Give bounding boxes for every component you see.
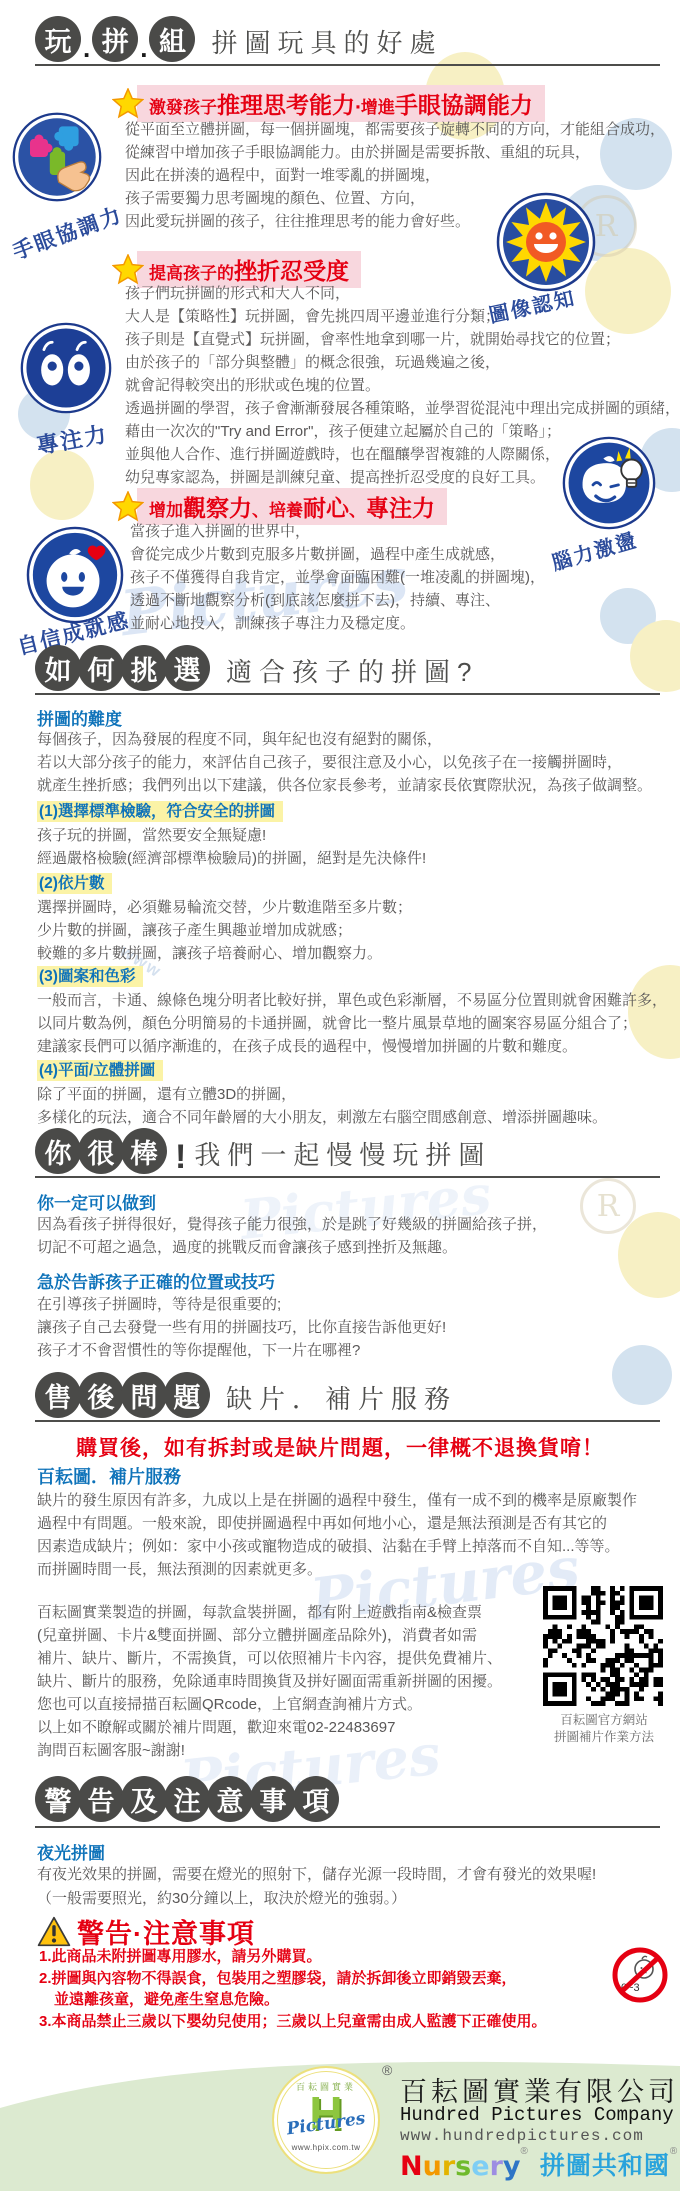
registered-mark: ®: [521, 2146, 528, 2157]
header-circle: 如: [35, 645, 81, 691]
star-icon: [112, 254, 144, 286]
benefit-heading-1: 激發孩子推理思考能力‧增進手眼協調能力: [112, 85, 545, 122]
section-header-warning: 警 告 及 注 意 事 項: [35, 1776, 339, 1822]
header-circle: 問: [121, 1372, 167, 1418]
section-header-benefits: 玩 . 拼 . 組 拼圖玩具的好處: [35, 16, 442, 62]
header-circle: 很: [78, 1128, 124, 1174]
subheading-you-can: 你一定可以做到: [37, 1189, 156, 1214]
header-circle: 警: [35, 1776, 81, 1822]
benefit-paragraph-3: 當孩子進入拼圖的世界中， 會從完成少片數到克服多片數拼圖，過程中產生成就感， 孩…: [130, 520, 675, 635]
header-rule: [35, 1826, 660, 1828]
howto-item3-body: 一般而言，卡通、線條色塊分明者比較好拼，單色或色彩漸層，不易區分位置則就會困難許…: [37, 989, 677, 1058]
header-circle: 後: [78, 1372, 124, 1418]
header-circle: 事: [250, 1776, 296, 1822]
star-icon: [112, 491, 144, 523]
heading-text: 激發孩子: [149, 93, 217, 118]
glow-puzzle-paragraph: 有夜光效果的拼圖，需要在燈光的照射下，儲存光源一段時間，才會有發光的效果喔! （…: [37, 1863, 667, 1911]
header-circle: 何: [78, 645, 124, 691]
header-circle: 組: [149, 16, 195, 62]
subheading-difficulty: 拼圖的難度: [37, 705, 122, 730]
company-name-en: Hundred Pictures Company: [400, 2104, 674, 2126]
howto-item3-title: (3)圖案和色彩: [37, 964, 143, 986]
howto-item2-title: (2)依片數: [37, 871, 112, 893]
heading-text: 增加: [149, 496, 183, 521]
heading-text: 手眼協調能力: [395, 87, 533, 120]
no-return-notice: 購買後，如有拆封或是缺片問題，一律概不退換貨唷！: [0, 1432, 680, 1462]
subheading-replacement-service: 百耘圖．補片服務: [37, 1463, 181, 1489]
registered-mark: ®: [670, 2146, 677, 2157]
hand-eye-coordination-label: 手眼協調力: [8, 199, 126, 267]
header-circle: 意: [207, 1776, 253, 1822]
subheading-glow-puzzle: 夜光拼圖: [37, 1839, 105, 1864]
you-can-paragraph: 因為看孩子拼得很好，覺得孩子能力很強，於是跳了好幾級的拼圖給孩子拼， 切記不可超…: [37, 1213, 657, 1259]
age-0-3-prohibition-icon: 0~3: [610, 1944, 670, 2011]
warning-triangle-icon: [37, 1916, 71, 1947]
subheading-dont-rush: 急於告訴孩子正確的位置或技巧: [37, 1268, 275, 1293]
concentration-icon: [20, 322, 112, 419]
header-rule: [35, 64, 660, 66]
section-title: 拼圖玩具的好處: [211, 23, 442, 62]
header-rule: [35, 693, 660, 695]
replacement-paragraph-2: 百耘圖實業製造的拼圖，每款盒裝拼圖，都有附上遊戲指南&檢查票 (兒童拼圖、卡片&…: [37, 1601, 537, 1762]
heading-text: 、: [349, 496, 366, 521]
warning-items: 1.此商品未附拼圖專用膠水，請另外購買。 2.拼圖與內容物不得誤食，包裝用之塑膠…: [39, 1946, 604, 2032]
header-circle: 拼: [92, 16, 138, 62]
registered-mark: ®: [382, 2062, 392, 2078]
difficulty-paragraph: 每個孩子，因為發展的程度不同，與年紀也沒有絕對的關係， 若以大部分孩子的能力，來…: [37, 728, 667, 797]
section-header-howto: 如 何 挑 選 適合孩子的拼圖?: [35, 645, 478, 691]
header-circle: 告: [78, 1776, 124, 1822]
deco-circle: [30, 450, 94, 520]
qr-section: 百耘圖官方網站 拼圖補片作業方法: [543, 1586, 665, 1746]
heading-text: ‧增進: [355, 93, 395, 118]
header-circle: 項: [293, 1776, 339, 1822]
replacement-paragraph-1: 缺片的發生原因有許多，九成以上是在拼圖的過程中發生，僅有一成不到的機率是原廠製作…: [37, 1489, 669, 1581]
logo-url: www.hpix.com.tw: [274, 2143, 378, 2152]
header-circle: 玩: [35, 16, 81, 62]
star-icon: [112, 88, 144, 120]
header-circle: 及: [121, 1776, 167, 1822]
howto-item4-body: 除了平面的拼圖，還有立體3D的拼圖， 多樣化的玩法，適合不同年齡層的大小朋友，刺…: [37, 1083, 667, 1129]
section-title: 缺片．補片服務: [226, 1379, 457, 1418]
header-rule: [35, 1176, 660, 1178]
header-circle: 題: [164, 1372, 210, 1418]
heading-text: 、培養: [252, 496, 303, 521]
heading-text: 推理思考能力: [217, 87, 355, 120]
section-header-aftersale: 售 後 問 題 缺片．補片服務: [35, 1372, 457, 1418]
section-title: 我們一起慢慢玩拼圖: [194, 1135, 491, 1174]
section-header-great: 你 很 棒 ! 我們一起慢慢玩拼圖: [35, 1128, 491, 1174]
howto-item2-body: 選擇拼圖時，必須難易輪流交替，少片數進階至多片數； 少片數的拼圖，讓孩子產生興趣…: [37, 896, 657, 965]
heading-text: 觀察力: [183, 490, 252, 523]
qr-code: [543, 1586, 663, 1706]
product-description-page: Pictures Pictures Pictures Pictures R R …: [0, 0, 680, 2191]
header-circle: 選: [164, 645, 210, 691]
howto-item1-body: 孩子玩的拼圖，當然要安全無疑慮! 經過嚴格檢驗(經濟部標準檢驗局)的拼圖，絕對是…: [37, 824, 657, 870]
heading-text: 耐心: [303, 490, 349, 523]
exclamation-mark: !: [175, 1140, 186, 1174]
howto-item4-title: (4)平面/立體拼圖: [37, 1058, 163, 1080]
puzzle-republic-logo: 拼圖共和國: [540, 2146, 670, 2182]
header-circle: 售: [35, 1372, 81, 1418]
section-title: 適合孩子的拼圖?: [226, 652, 478, 691]
heading-text: 提高孩子的: [149, 259, 234, 284]
header-dot: .: [140, 35, 147, 61]
company-website: www.hundredpictures.com: [400, 2127, 644, 2145]
header-circle: 你: [35, 1128, 81, 1174]
header-circle: 挑: [121, 645, 167, 691]
hand-eye-coordination-icon: [12, 112, 102, 207]
dont-rush-paragraph: 在引導孩子拼圖時，等待是很重要的; 讓孩子自己去發覺一些有用的拼圖技巧，比你直接…: [37, 1293, 657, 1362]
header-dot: .: [83, 35, 90, 61]
header-rule: [35, 1420, 660, 1422]
brand-row: Nursery ® 拼圖共和國 ®: [400, 2146, 677, 2182]
qr-caption: 百耘圖官方網站 拼圖補片作業方法: [543, 1712, 665, 1746]
nursery-logo: Nursery: [400, 2151, 521, 2182]
header-circle: 棒: [121, 1128, 167, 1174]
hundred-pictures-logo: 百耘圖實業 H Pictures www.hpix.com.tw: [272, 2066, 380, 2174]
heading-text: 專注力: [366, 490, 435, 523]
howto-item1-title: (1)選擇標準檢驗，符合安全的拼圖: [37, 799, 283, 821]
header-circle: 注: [164, 1776, 210, 1822]
